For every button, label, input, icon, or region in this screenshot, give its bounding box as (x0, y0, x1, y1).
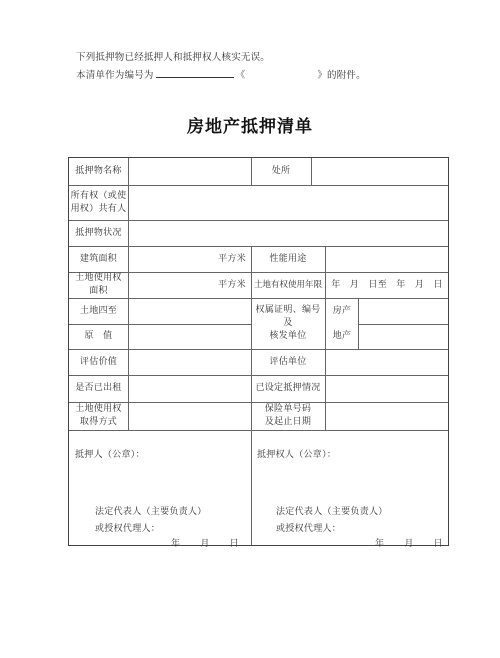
label-acquisition-method: 土地使用权 取得方式 (69, 402, 128, 430)
location-field[interactable] (312, 158, 448, 185)
intro-line-1: 下列抵押物已经抵押人和抵押权人核实无误。 (76, 51, 270, 65)
appraised-value-field[interactable] (129, 349, 251, 375)
intro-open-bracket: 《 (236, 70, 246, 81)
land-property-field[interactable] (359, 324, 448, 349)
label-usage: 性能用途 (251, 246, 325, 272)
appraiser-field[interactable] (326, 349, 448, 375)
label-rented: 是否已出租 (69, 375, 128, 402)
label-boundaries: 土地四至 (69, 298, 128, 324)
condition-field[interactable] (129, 220, 448, 246)
label-appraised-value: 评估价值 (69, 349, 128, 375)
mortgagee-seal-label: 抵押权人（公章）： (257, 447, 336, 460)
mortgagee-date[interactable]: 年月日 (375, 536, 443, 549)
acquisition-method-field[interactable] (129, 402, 251, 430)
mortgagor-seal-label: 抵押人（公章）： (75, 447, 145, 460)
label-land-area: 土地使用权 面积 (69, 272, 128, 298)
label-location: 处所 (251, 158, 311, 185)
label-condition: 抵押物状况 (69, 220, 128, 246)
boundaries-field[interactable] (129, 298, 251, 324)
mortgagor-agent: 或授权代理人： (95, 521, 160, 534)
collateral-name-field[interactable] (129, 158, 251, 185)
label-insurance: 保险单号码 及起止日期 (251, 402, 325, 430)
house-property-field[interactable] (359, 298, 448, 324)
building-area-field[interactable]: 平方米 (129, 246, 251, 272)
mortgagee-legal-rep: 法定代表人（主要负责人） (276, 504, 388, 517)
co-owner-field[interactable] (129, 185, 448, 220)
mortgage-list-table: 抵押物名称 处所 所有权（或使 用权）共有人 抵押物状况 建筑面积 平方米 性能… (68, 157, 449, 546)
rented-field[interactable] (129, 375, 251, 402)
label-collateral-name: 抵押物名称 (69, 158, 128, 185)
original-value-field[interactable] (129, 324, 251, 349)
label-building-area: 建筑面积 (69, 246, 128, 272)
label-land-property: 地产 (326, 324, 358, 349)
intro-close: 》的附件。 (317, 70, 366, 81)
land-term-date-range[interactable]: 年 月 日至 年 月 日 (326, 272, 448, 298)
intro-line-2: 本清单作为编号为《》的附件。 (76, 67, 366, 83)
mortgagee-agent: 或授权代理人： (276, 521, 341, 534)
contract-number-blank[interactable] (156, 67, 234, 78)
label-house-property: 房产 (326, 298, 358, 324)
mortgagor-legal-rep: 法定代表人（主要负责人） (95, 504, 207, 517)
label-existing-mortgage: 已设定抵押情况 (251, 375, 325, 402)
page-title: 房地产抵押清单 (0, 112, 500, 137)
label-original-value: 原 值 (69, 324, 128, 349)
label-co-owner: 所有权（或使 用权）共有人 (69, 185, 128, 220)
unit-sqm: 平方米 (218, 279, 246, 292)
label-title-certificate: 权属证明、编号及 核发单位 (251, 298, 325, 349)
label-appraiser: 评估单位 (251, 349, 325, 375)
intro-prefix: 本清单作为编号为 (76, 70, 154, 81)
usage-field[interactable] (326, 246, 448, 272)
insurance-field[interactable] (326, 402, 448, 430)
unit-sqm: 平方米 (218, 253, 246, 266)
land-area-field[interactable]: 平方米 (129, 272, 251, 298)
mortgagor-date[interactable]: 年月日 (171, 536, 239, 549)
existing-mortgage-field[interactable] (326, 375, 448, 402)
label-land-term: 土地有权使用年限 (251, 272, 325, 298)
